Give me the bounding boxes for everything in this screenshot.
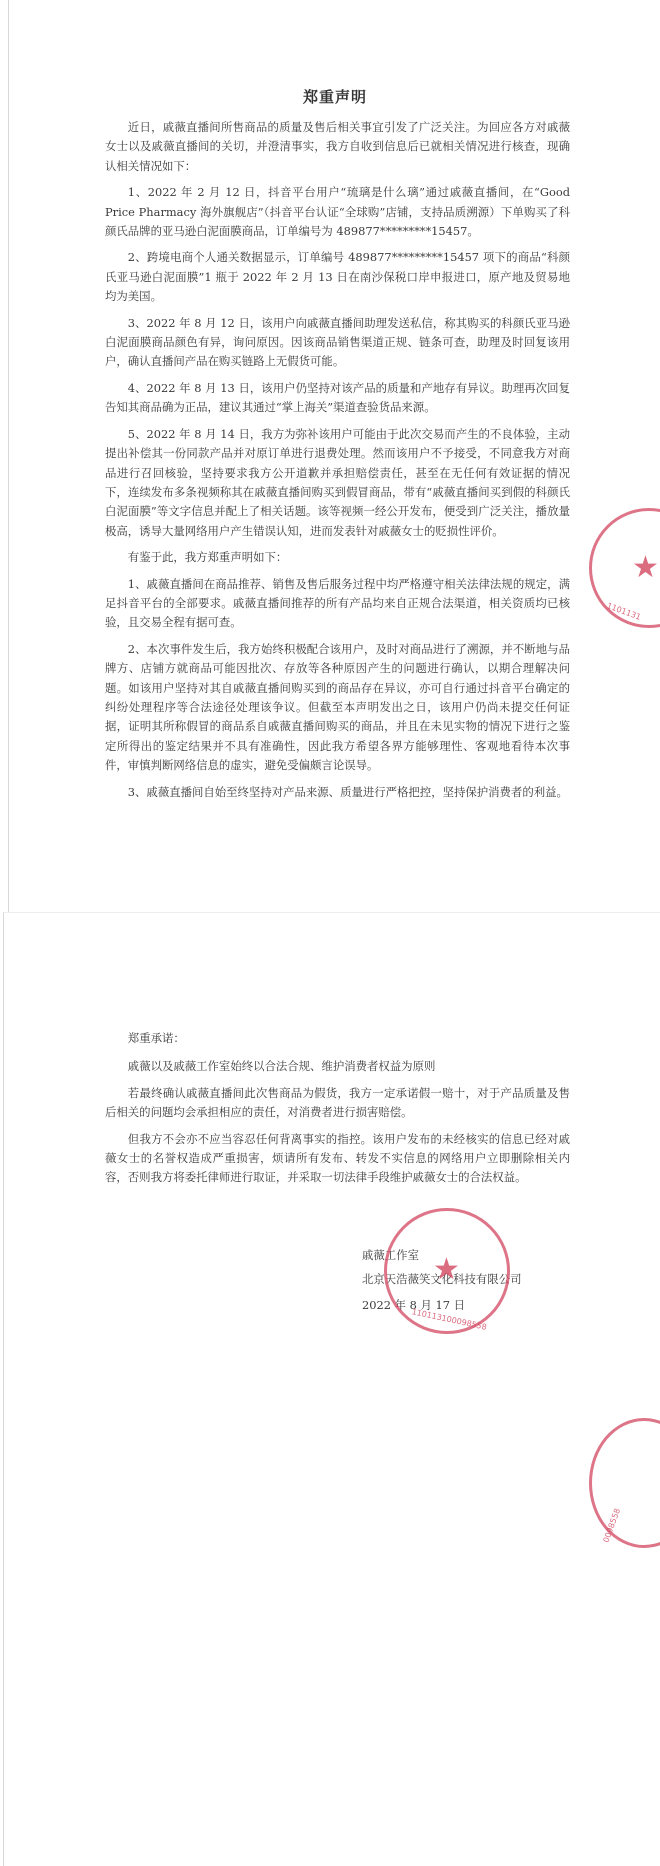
document-title: 郑重声明 xyxy=(9,86,660,107)
fact-paragraph-4: 4、2022 年 8 月 13 日，该用户仍坚持对该产品的质量和产地存有异议。助… xyxy=(105,379,570,418)
commitment-body: 郑重承诺： 戚薇以及戚薇工作室始终以合法合规、维护消费者权益为原则 若最终确认戚… xyxy=(105,1029,570,1195)
statement-page-1: 郑重声明 近日，戚薇直播间所售商品的质量及售后相关事宜引发了广泛关注。为回应各方… xyxy=(8,0,660,912)
commitment-paragraph-3: 但我方不会亦不应当容忍任何背离事实的指控。该用户发布的未经核实的信息已经对戚薇女… xyxy=(105,1130,570,1188)
fact-paragraph-1: 1、2022 年 2 月 12 日，抖音平台用户“琉璃是什么璃”通过戚薇直播间，… xyxy=(105,183,570,241)
commitment-heading: 郑重承诺： xyxy=(105,1029,570,1048)
company-seal: ★ 110113100098558 xyxy=(384,1208,510,1334)
declaration-paragraph-1: 1、戚薇直播间在商品推荐、销售及售后服务过程中均严格遵守相关法律法规的规定，满足… xyxy=(105,575,570,633)
star-icon: ★ xyxy=(632,553,659,583)
fact-paragraph-3: 3、2022 年 8 月 12 日，该用户向戚薇直播间助理发送私信，称其购买的科… xyxy=(105,314,570,372)
fact-paragraph-2: 2、跨境电商个人通关数据显示，订单编号 489877*********15457… xyxy=(105,248,570,306)
star-icon: ★ xyxy=(433,1255,460,1285)
declaration-paragraph-2: 2、本次事件发生后，我方始终积极配合该用户，及时对商品进行了溯源，并不断地与品牌… xyxy=(105,640,570,776)
seal-number: 1101131 xyxy=(606,601,643,622)
fact-paragraph-5: 5、2022 年 8 月 14 日，我方为弥补该用户可能由于此次交易而产生的不良… xyxy=(105,425,570,541)
seal-number: 0098558 xyxy=(601,1507,622,1544)
statement-body: 近日，戚薇直播间所售商品的质量及售后相关事宜引发了广泛关注。为回应各方对戚薇女士… xyxy=(105,118,570,809)
commitment-paragraph-1: 戚薇以及戚薇工作室始终以合法合规、维护消费者权益为原则 xyxy=(105,1057,570,1076)
company-seal-edge: 0098558 xyxy=(589,1418,660,1548)
seal-number: 110113100098558 xyxy=(411,1307,488,1332)
intro-paragraph: 近日，戚薇直播间所售商品的质量及售后相关事宜引发了广泛关注。为回应各方对戚薇女士… xyxy=(105,118,570,176)
company-seal-edge: ★ 1101131 xyxy=(589,508,660,628)
commitment-paragraph-2: 若最终确认戚薇直播间此次售商品为假货，我方一定承诺假一赔十，对于产品质量及售后相… xyxy=(105,1084,570,1123)
statement-page-2: 郑重承诺： 戚薇以及戚薇工作室始终以合法合规、维护消费者权益为原则 若最终确认戚… xyxy=(3,912,660,1866)
declaration-paragraph-3: 3、戚薇直播间自始至终坚持对产品来源、质量进行严格把控，坚持保护消费者的利益。 xyxy=(105,783,570,802)
declaration-intro: 有鉴于此，我方郑重声明如下： xyxy=(105,548,570,567)
